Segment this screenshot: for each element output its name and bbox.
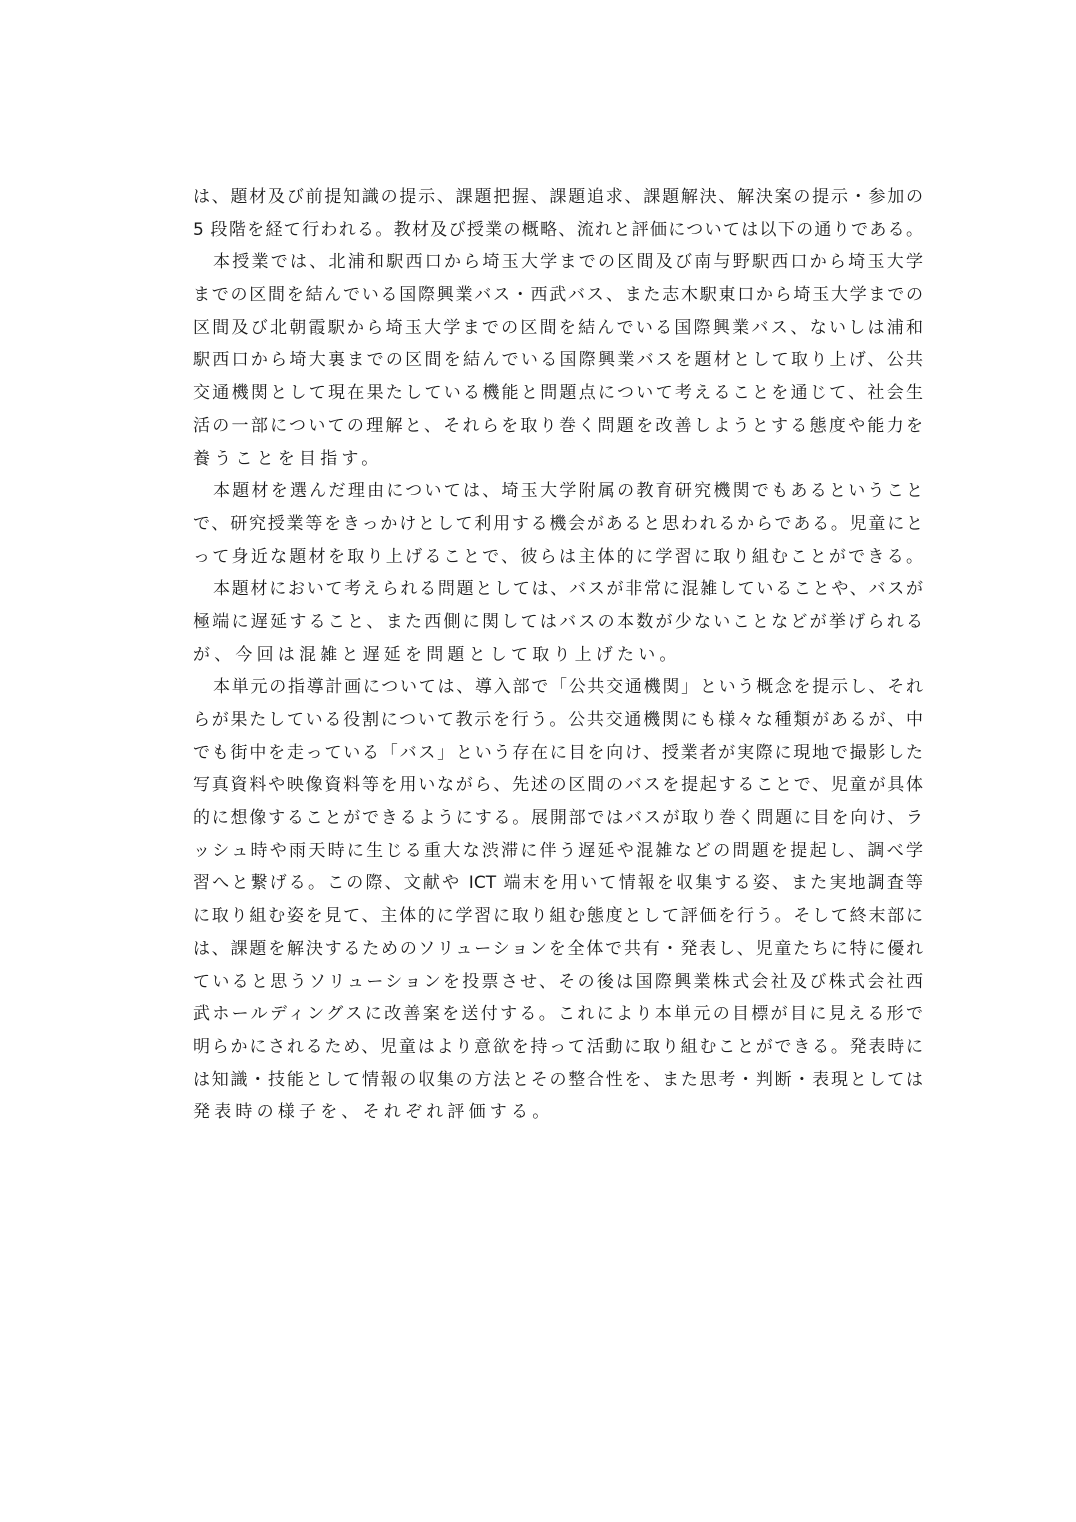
text-line: 習へと繋げる。この際、文献や ICT 端末を用いて情報を収集する姿、また実地調査… — [193, 867, 923, 900]
paragraph-teaching-plan: 本単元の指導計画については、導入部で「公共交通機関」という概念を提示し、それ ら… — [193, 671, 923, 1129]
text-line: 武ホールディングスに改善案を送付する。これにより本単元の目標が目に見える形で — [193, 998, 923, 1031]
text-line: 駅西口から埼大裏までの区間を結んでいる国際興業バスを題材として取り上げ、公共 — [193, 344, 923, 377]
paragraph-reason: 本題材を選んだ理由については、埼玉大学附属の教育研究機関でもあるということ で、… — [193, 475, 923, 573]
text-line: までの区間を結んでいる国際興業バス・西武バス、また志木駅東口から埼玉大学までの — [193, 279, 923, 312]
text-line: 交通機関として現在果たしている機能と問題点について考えることを通じて、社会生 — [193, 377, 923, 410]
text-line: は、課題を解決するためのソリューションを全体で共有・発表し、児童たちに特に優れ — [193, 933, 923, 966]
text-line: は、題材及び前提知識の提示、課題把握、課題追求、課題解決、解決案の提示・参加の — [193, 181, 923, 214]
text-line: で、研究授業等をきっかけとして利用する機会があると思われるからである。児童にと — [193, 508, 923, 541]
text-line: ていると思うソリューションを投票させ、その後は国際興業株式会社及び株式会社西 — [193, 966, 923, 999]
text-line: 本題材を選んだ理由については、埼玉大学附属の教育研究機関でもあるということ — [193, 475, 923, 508]
text-line: って身近な題材を取り上げることで、彼らは主体的に学習に取り組むことができる。 — [193, 541, 923, 574]
text-line: ッシュ時や雨天時に生じる重大な渋滞に伴う遅延や混雑などの問題を提起し、調べ学 — [193, 835, 923, 868]
text-line: 的に想像することができるようにする。展開部ではバスが取り巻く問題に目を向け、ラ — [193, 802, 923, 835]
text-line: は知識・技能として情報の収集の方法とその整合性を、また思考・判断・表現としては — [193, 1064, 923, 1097]
text-line: に取り組む姿を見て、主体的に学習に取り組む態度として評価を行う。そして終末部に — [193, 900, 923, 933]
text-line: が、今回は混雑と遅延を問題として取り上げたい。 — [193, 639, 923, 672]
text-line: 活の一部についての理解と、それらを取り巻く問題を改善しようとする態度や能力を — [193, 410, 923, 443]
text-line: 5 段階を経て行われる。教材及び授業の概略、流れと評価については以下の通りである… — [193, 214, 923, 247]
text-line: 養うことを目指す。 — [193, 443, 923, 476]
text-line: らが果たしている役割について教示を行う。公共交通機関にも様々な種類があるが、中 — [193, 704, 923, 737]
text-line: 発表時の様子を、それぞれ評価する。 — [193, 1096, 923, 1129]
text-line: 明らかにされるため、児童はより意欲を持って活動に取り組むことができる。発表時に — [193, 1031, 923, 1064]
text-line: 本授業では、北浦和駅西口から埼玉大学までの区間及び南与野駅西口から埼玉大学 — [193, 246, 923, 279]
document-page: は、題材及び前提知識の提示、課題把握、課題追求、課題解決、解決案の提示・参加の … — [193, 181, 923, 1129]
text-line: 極端に遅延すること、また西側に関してはバスの本数が少ないことなどが挙げられる — [193, 606, 923, 639]
paragraph-continuation: は、題材及び前提知識の提示、課題把握、課題追求、課題解決、解決案の提示・参加の … — [193, 181, 923, 246]
text-line: でも街中を走っている「バス」という存在に目を向け、授業者が実際に現地で撮影した — [193, 737, 923, 770]
text-line: 区間及び北朝霞駅から埼玉大学までの区間を結んでいる国際興業バス、ないしは浦和 — [193, 312, 923, 345]
text-line: 写真資料や映像資料等を用いながら、先述の区間のバスを提起することで、児童が具体 — [193, 769, 923, 802]
text-line: 本題材において考えられる問題としては、バスが非常に混雑していることや、バスが — [193, 573, 923, 606]
paragraph-problems: 本題材において考えられる問題としては、バスが非常に混雑していることや、バスが 極… — [193, 573, 923, 671]
paragraph-lesson-overview: 本授業では、北浦和駅西口から埼玉大学までの区間及び南与野駅西口から埼玉大学 まで… — [193, 246, 923, 475]
text-line: 本単元の指導計画については、導入部で「公共交通機関」という概念を提示し、それ — [193, 671, 923, 704]
